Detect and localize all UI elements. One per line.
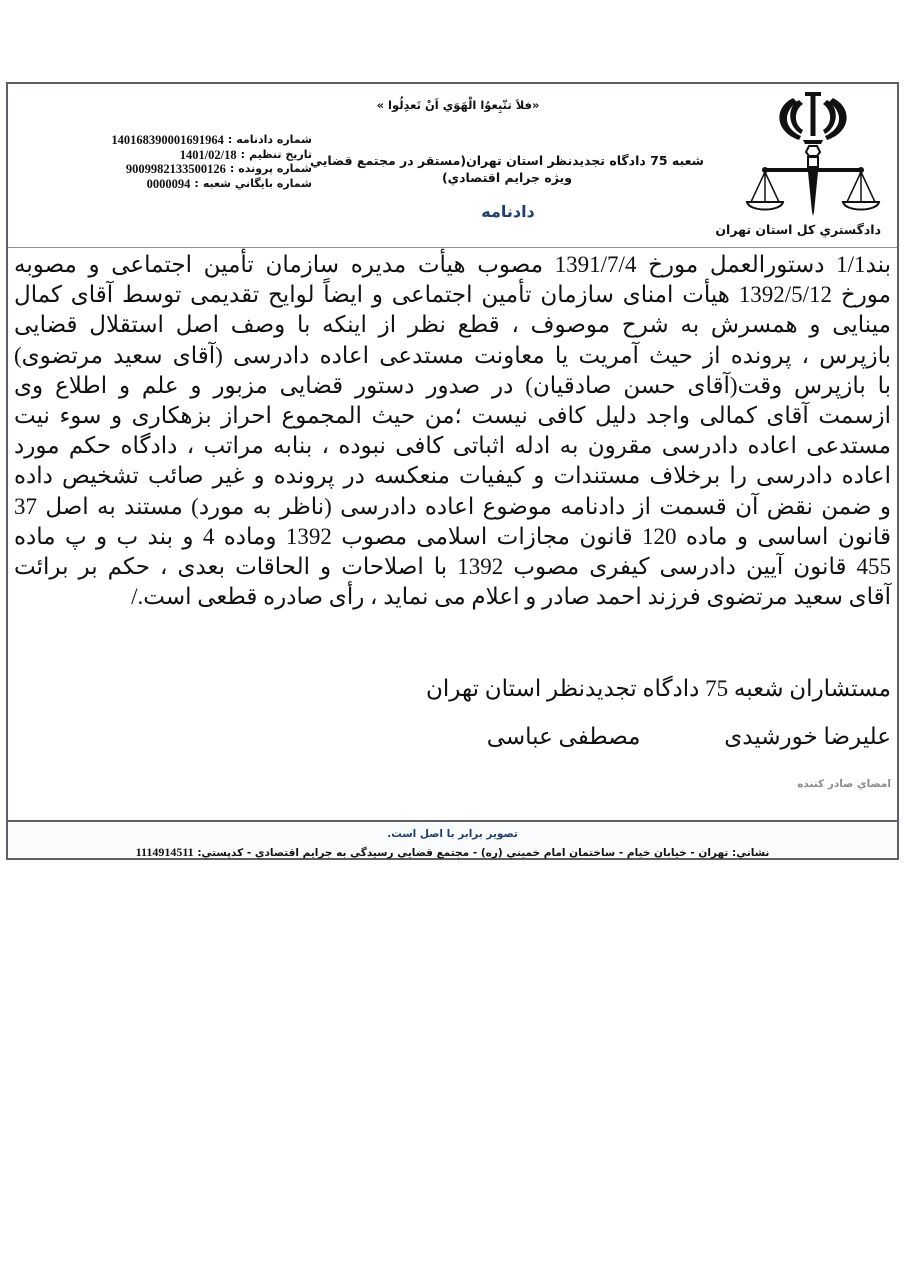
verdict-body: بند1/1 دستورالعمل مورخ 1391/7/4 مصوب هیأ…	[14, 250, 891, 612]
verdict-line: بند1/1 دستورالعمل مورخ 1391/7/4 مصوب هیأ…	[14, 250, 891, 280]
judge-name: علیرضا خورشیدی	[724, 724, 891, 749]
judge-name: مصطفی عباسی	[487, 724, 641, 749]
meta-separator: :	[224, 133, 236, 148]
address-label: نشاني:	[732, 847, 769, 859]
meta-label: تاريخ تنظيم	[249, 148, 312, 163]
meta-value: 0000094	[147, 177, 191, 192]
certified-copy-note: تصوير برابر با اصل است.	[8, 828, 897, 840]
header-quote: «فلاَ تتّبِعوُا الْهَوَي اَنْ تَعدِلُوا …	[308, 98, 608, 112]
document-meta: شماره دادنامه : 140168390001691964 تاريخ…	[80, 133, 312, 191]
meta-label: شماره پرونده	[238, 162, 312, 177]
meta-label: شماره بايگاني شعبه	[203, 177, 312, 192]
advisors-line: مستشاران شعبه 75 دادگاه تجدیدنظر استان ت…	[426, 674, 891, 704]
court-branch-line: ويژه جرايم اقتصادي)	[304, 169, 710, 186]
meta-label: شماره دادنامه	[236, 133, 312, 148]
verdict-line: و ضمن نقض آن قسمت از دادنامه موضوع اعاده…	[14, 492, 891, 522]
meta-separator: :	[237, 148, 249, 163]
meta-verdict-number: شماره دادنامه : 140168390001691964	[80, 133, 312, 148]
document-footer: تصوير برابر با اصل است. نشاني: تهران - خ…	[8, 820, 897, 858]
court-branch-line: شعبه 75 دادگاه تجديدنظر استان تهران(مستق…	[304, 152, 710, 169]
verdict-line: قانون اساسی و ماده 120 قانون مجازات اسلا…	[14, 522, 891, 552]
judges-names: علیرضا خورشیدی مصطفی عباسی	[487, 724, 891, 750]
verdict-line: بازپرس ، پرونده از حیث آمریت یا معاونت م…	[14, 341, 891, 371]
meta-value: 140168390001691964	[111, 133, 224, 148]
meta-separator: :	[226, 162, 238, 177]
document-frame: دادگستري كل استان تهران «فلاَ تتّبِعوُا …	[6, 82, 899, 860]
verdict-line: مورخ 1392/5/12 هیأت امنای سازمان تأمین ا…	[14, 280, 891, 310]
verdict-line: ازسمت آقای کمالی واجد دلیل کافی نیست ؛من…	[14, 401, 891, 431]
court-branch: شعبه 75 دادگاه تجديدنظر استان تهران(مستق…	[304, 152, 710, 186]
address-text: تهران - خيابان خيام - ساختمان امام خميني…	[197, 847, 728, 859]
document-header: دادگستري كل استان تهران «فلاَ تتّبِعوُا …	[8, 84, 897, 248]
verdict-line: 455 قانون آیین دادرسی کیفری مصوب 1392 با…	[14, 552, 891, 582]
meta-separator: :	[190, 177, 202, 192]
department-name: دادگستري كل استان تهران	[721, 222, 881, 237]
meta-value: 9009982133500126	[126, 162, 226, 177]
postal-code: 1114914511	[136, 845, 194, 859]
verdict-line: مینایی و همسرش به شرح موصوف ، قطع نظر از…	[14, 310, 891, 340]
address-line: نشاني: تهران - خيابان خيام - ساختمان اما…	[8, 845, 897, 860]
document-title: دادنامه	[428, 202, 588, 221]
judiciary-emblem-icon	[743, 90, 883, 222]
meta-case-number: شماره پرونده : 9009982133500126	[80, 162, 312, 177]
meta-issue-date: تاريخ تنظيم : 1401/02/18	[80, 148, 312, 163]
verdict-line: مستدعی اعاده دادرسی مقرون به ادله اثباتی…	[14, 431, 891, 461]
signature-label: امضاي صادر كننده	[797, 778, 891, 790]
meta-archive-number: شماره بايگاني شعبه : 0000094	[80, 177, 312, 192]
verdict-line: آقای سعید مرتضوی فرزند احمد صادر و اعلام…	[14, 582, 891, 612]
verdict-line: اعاده دادرسی را برخلاف مستندات و کیفیات …	[14, 461, 891, 491]
meta-value: 1401/02/18	[180, 148, 237, 163]
verdict-line: با بازپرس وقت(آقای حسن صادقیان) در صدور …	[14, 371, 891, 401]
